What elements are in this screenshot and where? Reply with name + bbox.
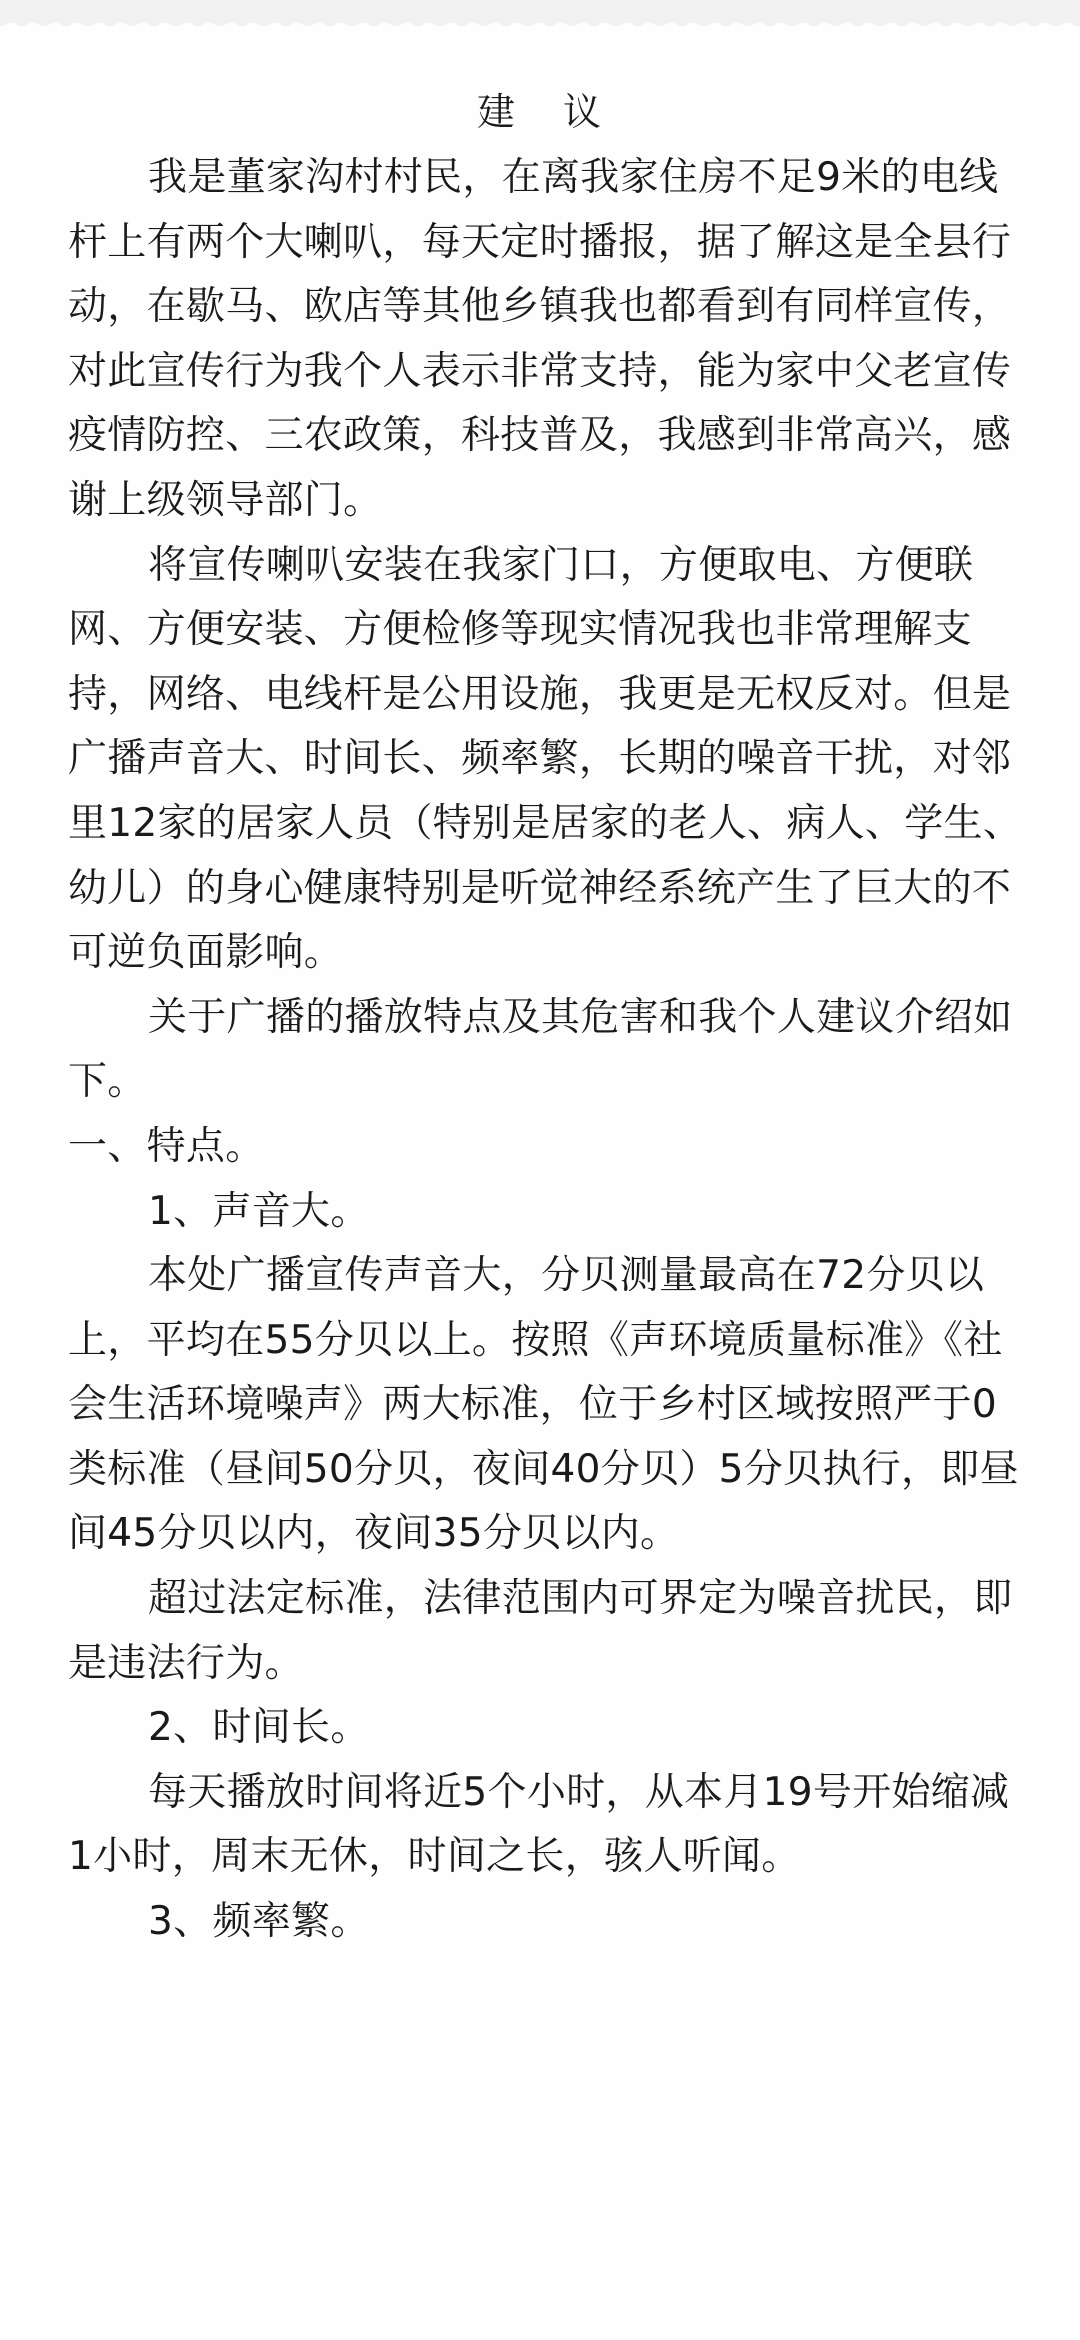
subheading-long-time: 2、时间长。 [68,1696,1028,1761]
paragraph-problem: 将宣传喇叭安装在我家门口，方便取电、方便联网、方便安装、方便检修等现实情况我也非… [68,534,1028,986]
document-body: 建 议 我是董家沟村村民，在离我家住房不足9米的电线杆上有两个大喇叭，每天定时播… [68,82,1028,1955]
document-title: 建 议 [68,82,988,142]
subheading-frequent: 3、频率繁。 [68,1890,1028,1955]
paragraph-overview: 关于广播的播放特点及其危害和我个人建议介绍如下。 [68,986,1028,1115]
subheading-loud: 1、声音大。 [68,1180,1028,1245]
scalloped-edge [0,22,1080,32]
section-heading-features: 一、特点。 [68,1115,1028,1180]
paragraph-illegal: 超过法定标准，法律范围内可界定为噪音扰民，即是违法行为。 [68,1567,1028,1696]
paragraph-loud-detail: 本处广播宣传声音大，分贝测量最高在72分贝以上，平均在55分贝以上。按照《声环境… [68,1244,1028,1567]
paragraph-intro: 我是董家沟村村民，在离我家住房不足9米的电线杆上有两个大喇叭，每天定时播报，据了… [68,146,1028,534]
paragraph-long-time-detail: 每天播放时间将近5个小时，从本月19号开始缩减1小时，周末无休，时间之长，骇人听… [68,1761,1028,1890]
